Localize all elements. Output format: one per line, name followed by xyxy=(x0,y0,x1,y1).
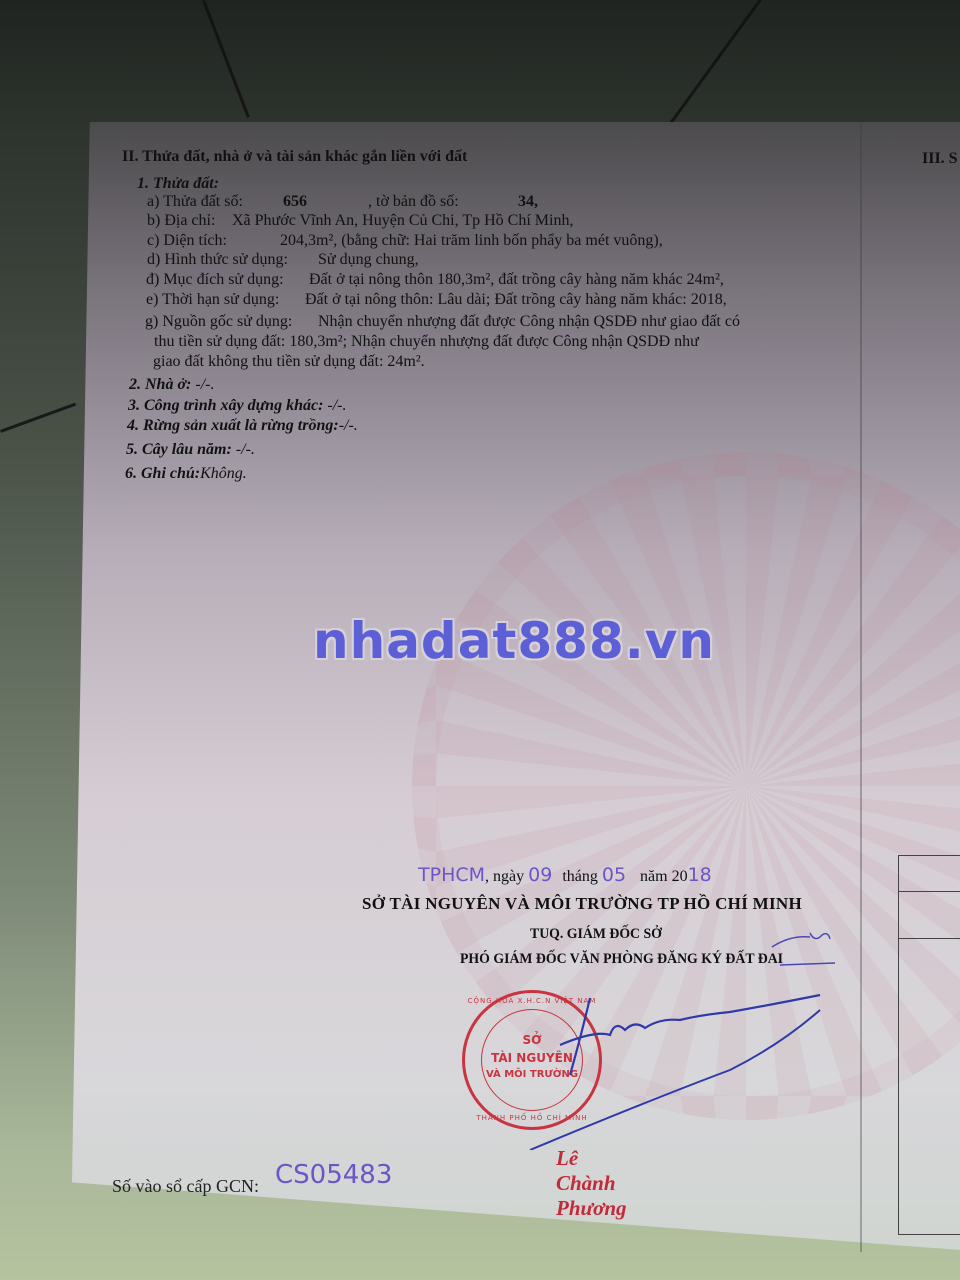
usage-term-value: Đất ở tại nông thôn: Lâu dài; Đất trồng … xyxy=(305,291,727,309)
section-title: II. Thửa đất, nhà ở và tài sản khác gắn … xyxy=(122,148,467,166)
area-label: c) Diện tích: xyxy=(147,232,227,250)
item-perennial-trees: 5. Cây lâu năm: -/-. xyxy=(126,441,255,459)
authority-line-1: TUQ. GIÁM ĐỐC SỞ xyxy=(530,926,662,943)
issuer-name: SỞ TÀI NGUYÊN VÀ MÔI TRƯỜNG TP HỒ CHÍ MI… xyxy=(362,894,802,914)
parcel-number-value: 656 xyxy=(283,193,307,211)
floor-tile-line xyxy=(202,0,250,118)
map-sheet-value: 34, xyxy=(518,193,538,211)
origin-value-line1: Nhận chuyển nhượng đất được Công nhận QS… xyxy=(318,313,740,331)
floor-tile-line xyxy=(0,403,76,433)
item-plantation-forest: 4. Rừng sản xuất là rừng trồng:-/-. xyxy=(127,417,358,435)
right-page-table xyxy=(898,855,960,1235)
origin-label: g) Nguồn gốc sử dụng: xyxy=(145,313,292,331)
item-notes: 6. Ghi chú:Không. xyxy=(125,465,247,483)
authority-line-2: PHÓ GIÁM ĐỐC VĂN PHÒNG ĐĂNG KÝ ĐẤT ĐAI xyxy=(460,951,783,968)
item-other-construction: 3. Công trình xây dựng khác: -/-. xyxy=(128,397,347,415)
usage-purpose-value: Đất ở tại nông thôn 180,3m², đất trồng c… xyxy=(309,271,724,289)
date-line: TPHCM, ngày 09 tháng 05 năm 2018 xyxy=(418,864,712,886)
registry-number-value: CS05483 xyxy=(275,1160,392,1190)
year-handwritten: 18 xyxy=(688,864,712,886)
initials-signature xyxy=(770,925,840,975)
registry-number-label: Số vào sổ cấp GCN: xyxy=(112,1176,259,1197)
day-handwritten: 09 xyxy=(528,864,552,886)
map-sheet-label: , tờ bản đồ số: xyxy=(368,193,459,211)
origin-value-line2: thu tiền sử dụng đất: 180,3m²; Nhận chuy… xyxy=(154,333,699,351)
director-signature xyxy=(500,990,840,1150)
watermark-logo: nhadat888.vn xyxy=(313,612,715,670)
parcel-number-label: a) Thửa đất số: xyxy=(147,193,243,211)
address-value: Xã Phước Vĩnh An, Huyện Củ Chi, Tp Hồ Ch… xyxy=(232,212,573,230)
address-label: b) Địa chỉ: xyxy=(147,212,215,230)
usage-term-label: e) Thời hạn sử dụng: xyxy=(146,291,279,309)
origin-value-line3: giao đất không thu tiền sử dụng đất: 24m… xyxy=(153,353,425,371)
area-value: 204,3m², (bằng chữ: Hai trăm linh bốn ph… xyxy=(280,232,663,250)
next-section-title: III. S xyxy=(922,150,958,168)
month-handwritten: 05 xyxy=(602,864,626,886)
page-fold xyxy=(860,122,862,1252)
item-house: 2. Nhà ở: -/-. xyxy=(129,376,214,394)
usage-form-value: Sử dụng chung, xyxy=(318,251,419,269)
land-parcel-heading: 1. Thửa đất: xyxy=(137,175,219,193)
usage-purpose-label: đ) Mục đích sử dụng: xyxy=(146,271,284,289)
usage-form-label: d) Hình thức sử dụng: xyxy=(147,251,288,269)
signer-name: Lê Chành Phương xyxy=(556,1146,627,1221)
place-handwritten: TPHCM xyxy=(418,864,485,886)
